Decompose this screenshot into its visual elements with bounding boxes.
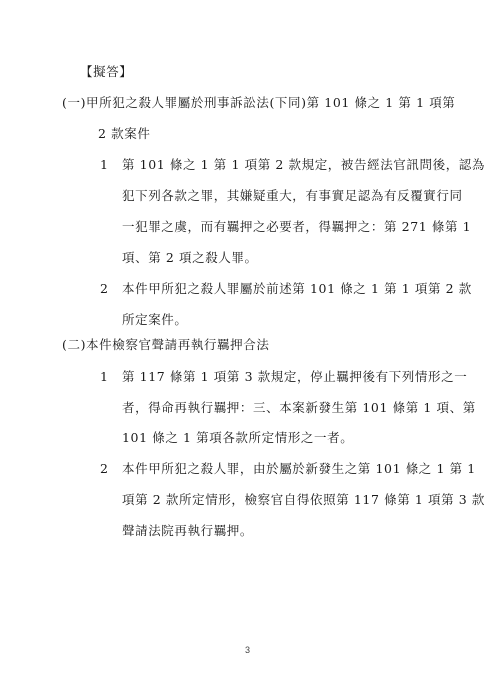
section-2-item-1-line-1: 第 117 條第 1 項第 3 款規定，停止羈押後有下列情形之一 xyxy=(122,369,467,385)
section-1-item-2-line-1: 本件甲所犯之殺人罪屬於前述第 101 條之 1 第 1 項第 2 款 xyxy=(122,281,472,297)
section-1-item-2-line-2: 所定案件。 xyxy=(122,312,188,328)
page-number: 3 xyxy=(0,645,495,655)
section-1-item-1-line-2: 犯下列各款之罪，其嫌疑重大，有事實足認為有反覆實行同 xyxy=(122,188,463,204)
section-2-item-2-line-3: 聲請法院再執行羈押。 xyxy=(122,523,253,539)
section-1-item-1-line-4: 項、第 2 項之殺人罪。 xyxy=(122,250,258,266)
section-2-item-1-line-2: 者，得命再執行羈押：三、本案新發生第 101 條第 1 項、第 xyxy=(122,400,476,416)
section-2-item-1-line-3: 101 條之 1 第項各款所定情形之一者。 xyxy=(122,430,353,446)
answer-heading: 【擬答】 xyxy=(80,64,132,80)
document-page: 【擬答】 (一)甲所犯之殺人罪屬於刑事訴訟法(下同)第 101 條之 1 第 1… xyxy=(0,0,495,700)
section-2-item-1-number: 1 xyxy=(100,369,108,385)
section-2-item-2-line-2: 項第 2 款所定情形，檢察官自得依照第 117 條第 1 項第 3 款 xyxy=(122,492,485,508)
section-1-item-1-line-3: 一犯罪之虞，而有羈押之必要者，得羈押之：第 271 條第 1 xyxy=(122,219,471,235)
section-1-title-line-2: 2 款案件 xyxy=(98,126,150,142)
section-2-title: (二)本件檢察官聲請再執行羈押合法 xyxy=(62,337,269,353)
section-1-title-line-1: (一)甲所犯之殺人罪屬於刑事訴訟法(下同)第 101 條之 1 第 1 項第 xyxy=(62,95,455,111)
section-2-item-2-line-1: 本件甲所犯之殺人罪，由於屬於新發生之第 101 條之 1 第 1 xyxy=(122,461,476,477)
section-2-item-2-number: 2 xyxy=(100,461,108,477)
section-1-item-2-number: 2 xyxy=(100,281,108,297)
section-1-item-1-number: 1 xyxy=(100,157,108,173)
section-1-item-1-line-1: 第 101 條之 1 第 1 項第 2 款規定，被告經法官訊問後，認為 xyxy=(122,157,485,173)
